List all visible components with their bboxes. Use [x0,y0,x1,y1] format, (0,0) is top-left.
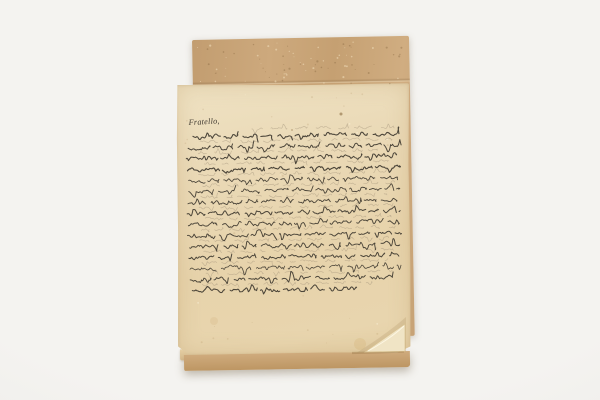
paper-speckle [312,67,314,69]
paper-speckle [344,47,345,48]
paper-speckle [345,183,346,184]
paper-speckle [282,80,284,82]
bleed-through-line [252,122,394,132]
paper-speckle [263,68,264,69]
paper-speckle [400,47,402,49]
paper-speckle [185,142,187,144]
paper-speckle [349,45,351,47]
paper-speckle [202,109,204,111]
paper-speckle [245,81,246,82]
paper-speckle [257,212,258,213]
handwritten-line [188,139,401,155]
paper-speckle [216,69,218,71]
paper-speckle [323,60,324,61]
paper-speckle [214,151,216,153]
paper-speckle [287,46,288,47]
paper-speckle [372,47,374,49]
paper-speckle [361,166,363,168]
paper-speckle [315,64,316,65]
paper-speckle [280,174,281,175]
handwriting-block: Fratello, [186,114,404,296]
handwritten-lines [186,127,404,295]
paper-speckle [366,139,367,140]
paper-speckle [397,78,399,80]
paper-speckle [315,71,317,73]
paper-speckle [233,232,235,234]
paper-speckle [307,329,309,331]
paper-speckle [374,64,375,65]
paper-speckle [294,56,295,57]
paper-speckle [302,295,304,297]
paper-speckle [339,55,341,57]
handwritten-line [192,283,356,295]
paper-speckle [293,53,294,54]
paper-speckle [300,62,301,63]
paper-speckle [303,63,305,65]
bleed-through-line [201,190,387,199]
paper-speckle [350,92,352,94]
paper-speckle [197,302,199,304]
paper-speckle [337,57,339,59]
paper-speckle [389,83,390,84]
paper-speckle [252,322,253,323]
paper-speckle [186,120,188,122]
paper-speckle [223,51,225,53]
paper-speckle [334,62,336,64]
paper-speckle [346,55,347,56]
paper-speckle [265,71,266,72]
paper-speckle [351,64,353,66]
paper-speckle [368,72,370,74]
paper-speckle [272,214,274,216]
paper-speckle [349,318,350,319]
paper-speckle [310,58,311,59]
paper-stain [210,317,218,325]
paper-speckle [245,94,246,95]
paper-speckle [224,290,225,291]
paper-speckle [343,105,344,106]
paper-speckle [321,67,323,69]
paper-speckle [349,123,351,125]
paper-speckle [399,54,400,55]
paper-speckle [361,93,363,95]
paper-speckle [261,63,262,64]
paper-speckle [398,55,400,57]
paper-speckle [283,64,284,65]
paper-speckle [317,240,319,242]
paper-speckle [275,80,277,82]
paper-speckle [315,235,316,236]
paper-speckle [200,81,201,82]
paper-speckle [233,53,234,54]
paper-speckle [285,73,286,74]
paper-speckle [277,43,278,44]
paper-speckle [267,45,269,47]
salutation-text: Fratello, [187,116,220,127]
paper-speckle [351,47,352,48]
paper-speckle [351,56,353,58]
bleed-through-line [200,135,392,143]
paper-speckle [299,139,300,140]
paper-speckle [216,73,217,74]
paper-speckle [226,57,227,58]
handwritten-line [189,251,399,261]
paper-speckle [276,74,277,75]
paper-speckle [275,49,277,51]
handwritten-line [187,205,400,218]
paper-speckle [214,326,215,327]
paper-speckle [197,47,198,48]
handwritten-line [193,127,399,143]
paper-speckle [227,338,229,340]
paper-speckle [196,160,197,161]
bleed-through-line [206,267,392,277]
paper-speckle [308,264,310,266]
paper-speckle [386,191,387,192]
handwritten-line [190,270,393,285]
paper-speckle [212,337,214,339]
handwritten-line [190,262,401,276]
paper-speckle [225,76,226,77]
paper-speckle [393,54,394,55]
paper-speckle [352,42,353,43]
paper-speckle [350,82,351,83]
paper-speckle [269,77,270,78]
paper-speckle [342,76,344,78]
paper-speckle [319,147,320,148]
paper-speckle [290,215,291,216]
paper-speckle [390,186,392,188]
paper-speckle [307,124,309,126]
paper-speckle [328,68,329,69]
paper-speckle [376,333,378,335]
paper-speckle [332,334,333,335]
paper-speckle [346,65,348,67]
paper-speckle [323,82,325,84]
paper-speckle [376,323,378,325]
paper-speckle [201,341,203,343]
paper-speckle [317,47,319,49]
paper-speckle [387,144,389,146]
paper-speckle [311,96,313,98]
paper-speckle [305,70,306,71]
paper-speckle [356,132,358,134]
photograph-of-manuscript: Fratello, [0,0,600,400]
paper-speckle [209,45,211,47]
paper-speckle [186,139,188,141]
paper-speckle [282,55,284,57]
paper-speckle [372,248,373,249]
paper-speckle [336,97,337,98]
paper-speckle [284,73,285,74]
paper-speckle [284,69,286,71]
fold-face [365,324,405,352]
paper-speckle [215,81,217,83]
paper-speckle [253,44,254,45]
paper-speckle [283,77,285,79]
paper-speckle [282,175,284,177]
paper-speckle [344,65,346,67]
paper-speckle [289,216,291,218]
bleed-through-line [203,179,395,188]
paper-stain [340,113,343,116]
paper-speckle [297,247,299,249]
paper-speckle [207,48,209,50]
paper-speckle [386,47,388,49]
manuscript-artwork-overlay: Fratello, [0,0,600,400]
paper-speckle [208,63,210,65]
paper-speckle [326,343,327,344]
paper-speckle [300,64,301,65]
paper-speckle [288,68,290,70]
paper-speckle [225,68,226,69]
paper-speckle [320,197,321,198]
paper-stain [291,129,293,131]
paper-speckle [289,51,290,52]
paper-speckle [316,60,318,62]
paper-speckle [343,43,345,45]
paper-speckle [271,116,272,117]
paper-speckle [257,55,259,57]
paper-speckle [355,69,356,70]
paper-texture-speckles [185,42,403,344]
paper-speckle [259,59,260,60]
